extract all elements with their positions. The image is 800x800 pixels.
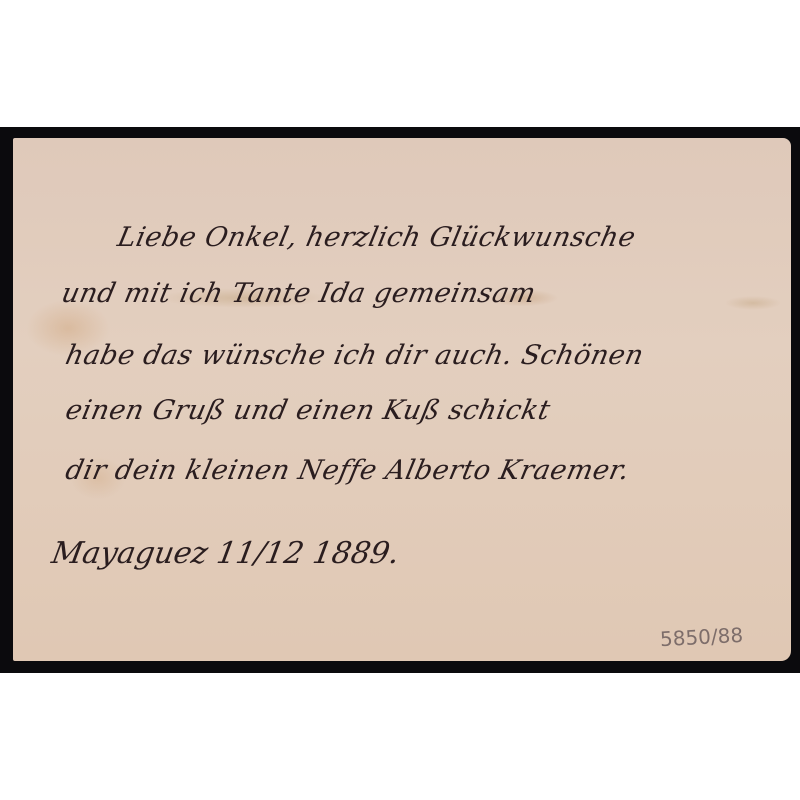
message-line-4: einen Gruß und einen Kuß schickt — [63, 395, 554, 426]
place-and-date: Mayaguez 11/12 1889. — [49, 536, 402, 571]
message-line-5: dir dein kleinen Neffe Alberto Kraemer. — [63, 455, 633, 486]
place: Mayaguez — [49, 536, 211, 571]
date: 11/12 1889. — [214, 536, 402, 571]
message-line-2: und mit ich Tante Ida gemeinsam — [59, 278, 539, 309]
message-line-3: habe das wünsche ich dir auch. Schönen — [63, 340, 647, 371]
message-line-1: Liebe Onkel, herzlich Glückwunsche — [115, 222, 639, 253]
archive-pencil-number: 5850/88 — [659, 623, 743, 651]
